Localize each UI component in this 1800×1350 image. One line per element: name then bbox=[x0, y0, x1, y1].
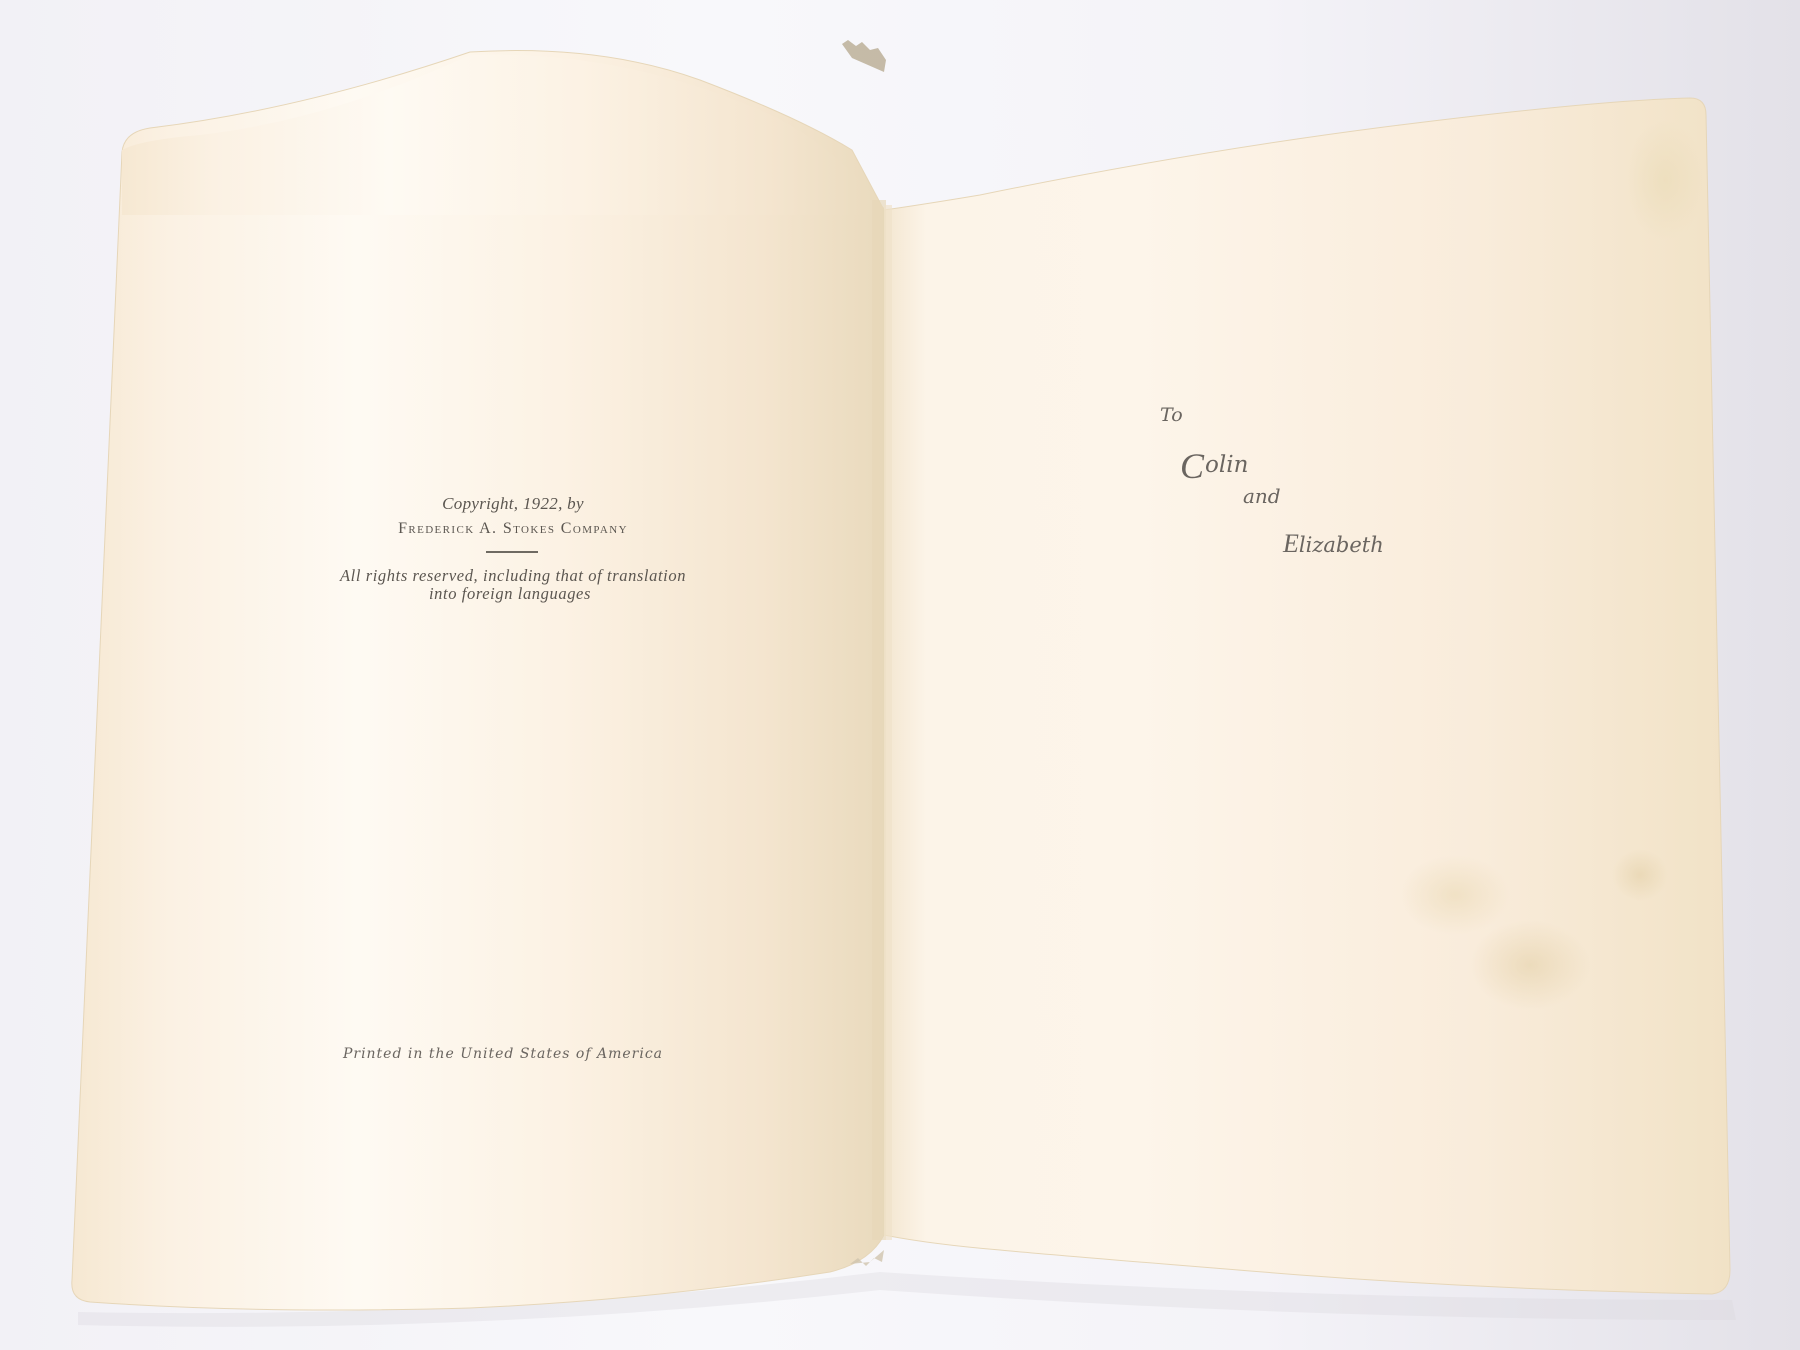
elizabeth-rest: lizabeth bbox=[1299, 533, 1384, 557]
colin-initial: C bbox=[1180, 446, 1204, 486]
dedication-name-colin: Colin bbox=[1180, 448, 1248, 484]
publisher-name: Frederick A. Stokes Company bbox=[0, 521, 1026, 537]
dedication-and: and bbox=[1243, 486, 1281, 506]
colin-rest: olin bbox=[1205, 452, 1248, 478]
dedication-name-elizabeth: Elizabeth bbox=[1283, 531, 1384, 557]
elizabeth-initial: E bbox=[1283, 529, 1299, 558]
rights-statement-line-1: All rights reserved, including that of t… bbox=[0, 568, 1026, 585]
printed-in-notice: Printed in the United States of America bbox=[0, 1047, 1006, 1061]
rights-statement-line-2: into foreign languages bbox=[0, 586, 1020, 603]
copyright-notice: Copyright, 1922, by bbox=[0, 495, 1026, 512]
dedication-to: To bbox=[1160, 406, 1183, 425]
divider-rule bbox=[486, 551, 538, 553]
open-book-photo: Copyright, 1922, by Frederick A. Stokes … bbox=[0, 0, 1800, 1350]
book-pages bbox=[0, 0, 1800, 1350]
left-page bbox=[72, 51, 884, 1310]
right-page bbox=[884, 98, 1730, 1294]
